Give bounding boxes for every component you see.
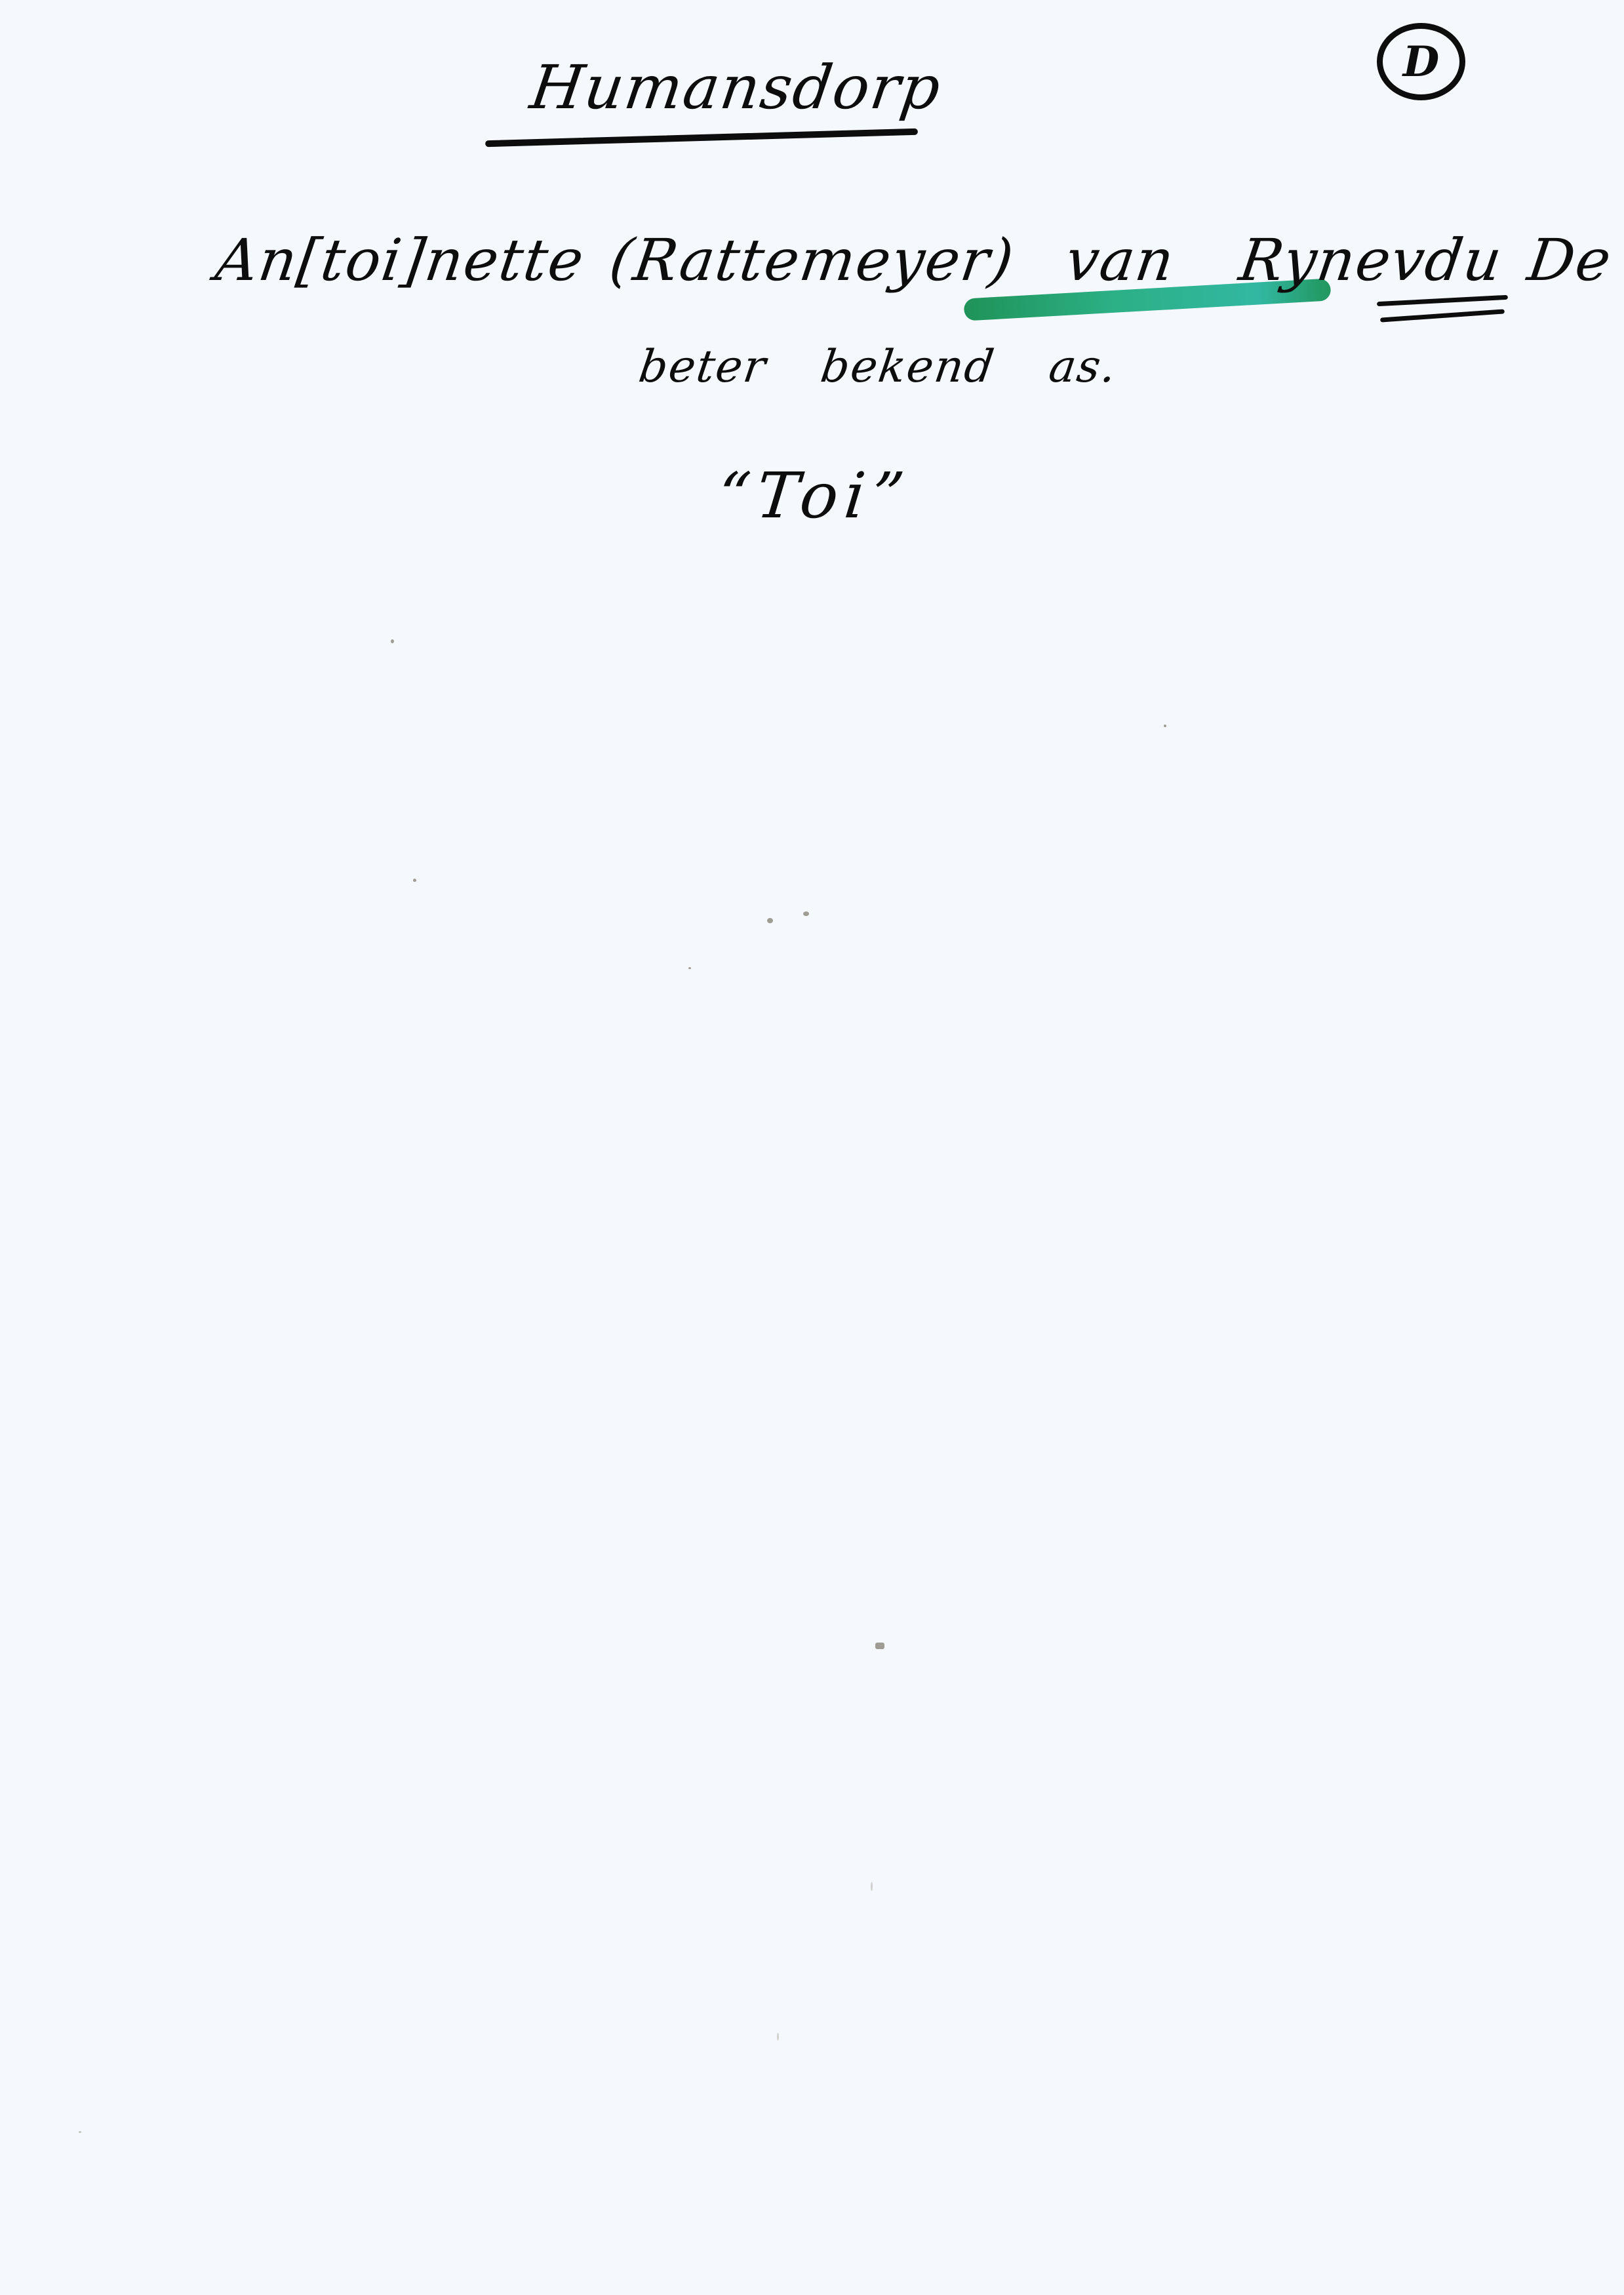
full-name-line: An[toi]nette (Rattemeyer) van Rynevdu De… bbox=[212, 226, 1624, 294]
paper-speck bbox=[777, 2033, 779, 2041]
paper-speck bbox=[871, 1882, 873, 1891]
maiden-name: (Rattemeyer) bbox=[606, 226, 1019, 294]
surname-double-underline-bottom bbox=[1380, 309, 1505, 322]
name-particle-van: van bbox=[1061, 226, 1179, 294]
paper-speck bbox=[688, 967, 691, 969]
page-mark-letter: D bbox=[1383, 29, 1459, 94]
paper-speck bbox=[803, 911, 809, 916]
ink-squiggle bbox=[875, 1643, 884, 1649]
highlighted-surname: Rynevdu bbox=[1235, 226, 1507, 294]
married-surname: De Vos bbox=[1524, 226, 1624, 294]
paper-speck bbox=[413, 879, 416, 882]
paper-speck bbox=[79, 2131, 81, 2133]
paper-speck bbox=[1164, 725, 1166, 727]
scanned-page: D Humansdorp An[toi]nette (Rattemeyer) v… bbox=[0, 0, 1624, 2295]
known-as-label: beter bekend as. bbox=[635, 341, 1120, 393]
page-mark-circled-letter: D bbox=[1377, 23, 1465, 100]
nickname: “Toi” bbox=[714, 459, 914, 532]
surname-double-underline-top bbox=[1377, 295, 1508, 306]
paper-speck bbox=[391, 639, 394, 643]
page-title-place-name: Humansdorp bbox=[526, 52, 945, 123]
paper-speck bbox=[767, 918, 773, 923]
title-underline bbox=[485, 129, 918, 147]
first-name: An[toi]nette bbox=[212, 226, 589, 294]
